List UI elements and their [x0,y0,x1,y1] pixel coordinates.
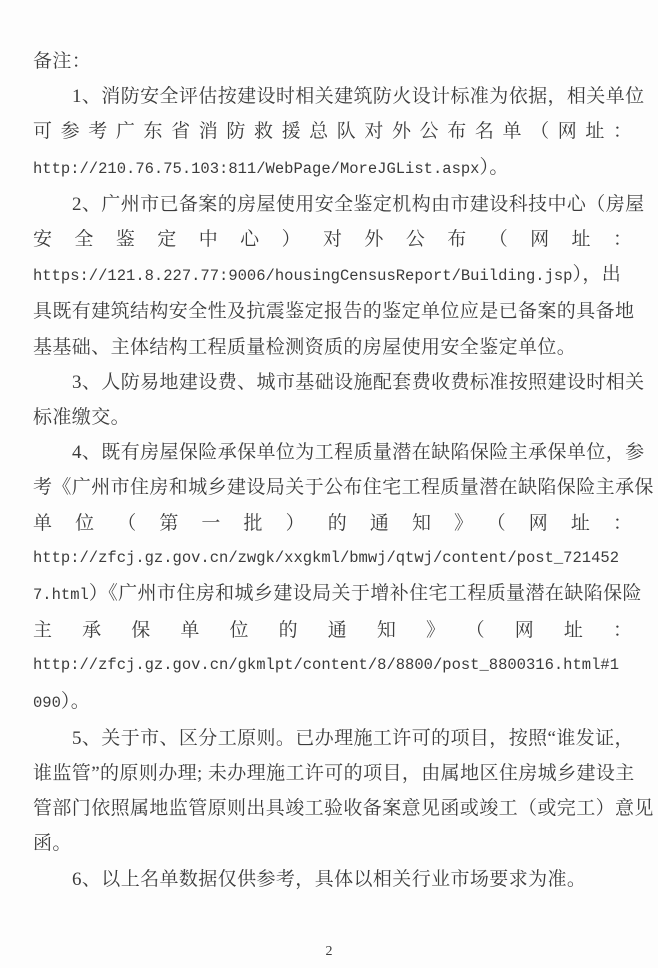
document-body: 备注：1、消防安全评估按建设时相关建筑防火设计标准为依据，相关单位可参考广东省消… [33,44,632,897]
cjk-text-fragment: ）。 [61,691,90,712]
text-line: 2、广州市已备案的房屋使用安全鉴定机构由市建设科技中心（房屋 [33,187,632,222]
text-line: 1、消防安全评估按建设时相关建筑防火设计标准为依据，相关单位 [33,79,632,114]
text-line: 5、关于市、区分工原则。已办理施工许可的项目，按照“谁发证， [33,721,632,756]
text-line: 主承保单位的通知》（网址： [33,613,632,648]
url-text-line: http://zfcj.gz.gov.cn/gkmlpt/content/8/8… [33,648,632,683]
url-text-line: http://zfcj.gz.gov.cn/zwgk/xxgkml/bmwj/q… [33,541,632,576]
text-line: 考《广州市住房和城乡建设局关于公布住宅工程质量潜在缺陷保险主承保 [33,470,632,505]
url-text-line: https://121.8.227.77:9006/housingCensusR… [33,257,632,294]
text-line: 备注： [33,44,632,79]
text-line: 7.html）《广州市住房和城乡建设局关于增补住宅工程质量潜在缺陷保险 [33,576,632,613]
latin-text-fragment: 7.html [33,586,89,604]
text-line: 具既有建筑结构安全性及抗震鉴定报告的鉴定单位应是已备案的具备地 [33,294,632,329]
url-text-line: http://210.76.75.103:811/WebPage/MoreJGL… [33,150,632,187]
text-line: 谁监管”的原则办理; 未办理施工许可的项目，由属地区住房城乡建设主 [33,756,632,791]
text-line: 6、以上名单数据仅供参考，具体以相关行业市场要求为准。 [33,862,632,897]
text-line: 单位（第一批）的通知》（网址： [33,506,632,541]
text-line: 基基础、主体结构工程质量检测资质的房屋使用安全鉴定单位。 [33,330,632,365]
document-page: 备注：1、消防安全评估按建设时相关建筑防火设计标准为依据，相关单位可参考广东省消… [0,0,658,968]
cjk-text-fragment: ）。 [479,157,508,178]
text-line: 3、人防易地建设费、城市基础设施配套费收费标准按照建设时相关 [33,365,632,400]
text-line: 可参考广东省消防救援总队对外公布名单（网址： [33,114,632,149]
text-line: 函。 [33,826,632,861]
url-text-line: 090）。 [33,684,632,721]
text-line: 安全鉴定中心）对外公布（网址： [33,222,632,257]
text-line: 管部门依照属地监管原则出具竣工验收备案意见函或竣工（或完工）意见 [33,791,632,826]
text-line: 标准缴交。 [33,400,632,435]
page-number: 2 [0,944,658,960]
text-line: 4、既有房屋保险承保单位为工程质量潜在缺陷保险主承保单位，参 [33,435,632,470]
cjk-text-fragment: ），出 [573,264,622,285]
